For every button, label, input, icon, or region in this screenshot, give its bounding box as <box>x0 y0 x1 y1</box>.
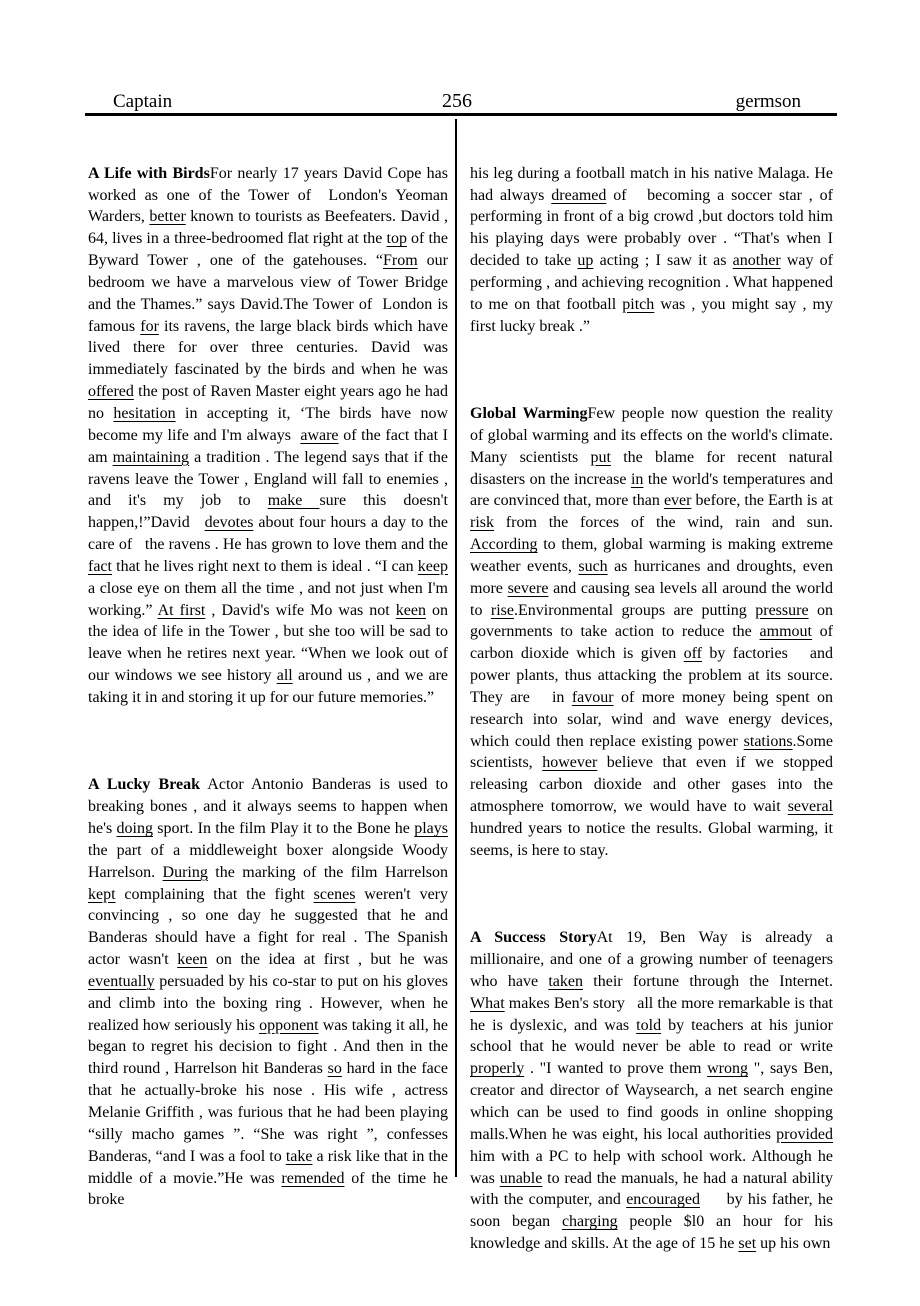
underlined-word: set <box>738 1235 756 1252</box>
underlined-word: scenes <box>314 886 356 903</box>
underlined-word: so <box>328 1060 342 1077</box>
underlined-word: wrong <box>707 1060 748 1077</box>
two-column-text: A Life with BirdsFor nearly 17 years Dav… <box>88 119 835 1299</box>
text-run: complaining that the fight <box>116 886 314 903</box>
text-run: . "I wanted to prove them <box>524 1060 707 1077</box>
underlined-word: take <box>286 1148 313 1165</box>
underlined-word: taken <box>548 973 583 990</box>
document-page: Captain 256 germson A Life with BirdsFor… <box>0 0 920 1306</box>
left-column: A Life with BirdsFor nearly 17 years Dav… <box>88 119 455 1299</box>
underlined-word: put <box>591 449 611 466</box>
passage-a-success-story: A Success StoryAt 19, Ben Way is already… <box>470 927 833 1255</box>
underlined-word: keen <box>177 951 207 968</box>
underlined-word: What <box>470 995 505 1012</box>
underlined-word: unable <box>500 1170 543 1187</box>
page-number: 256 <box>363 90 551 113</box>
underlined-word: make <box>268 492 320 509</box>
underlined-word: remended <box>281 1170 344 1187</box>
underlined-word: At first <box>158 602 206 619</box>
underlined-word: ever <box>664 492 692 509</box>
underlined-word: properly <box>470 1060 524 1077</box>
underlined-word: keep <box>418 558 448 575</box>
text-run: .Environmental groups are putting <box>514 602 755 619</box>
underlined-word: kept <box>88 886 116 903</box>
text-run: that he lives right next to them is idea… <box>112 558 418 575</box>
underlined-word: charging <box>562 1213 618 1230</box>
underlined-word: another <box>733 252 781 269</box>
underlined-word: several <box>788 798 833 815</box>
text-run: up his own <box>756 1235 830 1252</box>
underlined-word: hesitation <box>113 405 175 422</box>
underlined-word: ammout <box>760 623 812 640</box>
underlined-word: rise <box>491 602 514 619</box>
underlined-word: however <box>542 754 597 771</box>
header-rule <box>85 113 837 116</box>
underlined-word: doing <box>117 820 153 837</box>
underlined-word: all <box>277 667 293 684</box>
underlined-word: maintaining <box>113 449 189 466</box>
underlined-word: pitch <box>622 296 654 313</box>
text-run: before, the Earth is at <box>691 492 837 509</box>
underlined-word: opponent <box>259 1017 319 1034</box>
underlined-word: provided <box>776 1126 833 1143</box>
underlined-word: up <box>577 252 593 269</box>
passage-global-warming: Global WarmingFew people now question th… <box>470 403 833 862</box>
page-header: Captain 256 germson <box>85 90 837 113</box>
text-run: , David's wife Mo was not <box>205 602 395 619</box>
underlined-word: top <box>387 230 407 247</box>
passage-title: A Success Story <box>470 929 597 946</box>
underlined-word: told <box>636 1017 661 1034</box>
underlined-word: severe <box>508 580 549 597</box>
underlined-word: offered <box>88 383 134 400</box>
text-run: from the forces of the wind, rain and su… <box>494 514 836 531</box>
underlined-word: fact <box>88 558 112 575</box>
underlined-word: off <box>684 645 702 662</box>
underlined-word: According <box>470 536 538 553</box>
passage-title: A Lucky Break <box>88 776 200 793</box>
underlined-word: stations <box>744 733 793 750</box>
right-column: his leg during a football match in his n… <box>457 119 833 1299</box>
underlined-word: plays <box>414 820 448 837</box>
header-title-right: germson <box>551 91 837 113</box>
underlined-word: for <box>140 318 159 335</box>
underlined-word: such <box>578 558 607 575</box>
underlined-word: eventually <box>88 973 155 990</box>
underlined-word: dreamed <box>551 187 606 204</box>
underlined-word: in <box>631 471 643 488</box>
text-run: acting ; I saw it as <box>593 252 732 269</box>
header-title-left: Captain <box>85 91 363 113</box>
underlined-word: favour <box>572 689 614 706</box>
underlined-word: During <box>163 864 208 881</box>
text-run: their fortune through the Internet. <box>583 973 849 990</box>
underlined-word: keen <box>396 602 426 619</box>
underlined-word: pressure <box>755 602 808 619</box>
passage-title: A Life with Birds <box>88 165 210 182</box>
underlined-word: aware <box>300 427 338 444</box>
passage-title: Global Warming <box>470 405 587 422</box>
text-run: on the idea at first , but he was <box>207 951 452 968</box>
passage-a-life-with-birds: A Life with BirdsFor nearly 17 years Dav… <box>88 163 448 709</box>
underlined-word: From <box>383 252 418 269</box>
passage-lucky-break-continued: his leg during a football match in his n… <box>470 163 833 338</box>
underlined-word: encouraged <box>626 1191 700 1208</box>
underlined-word: devotes <box>205 514 254 531</box>
underlined-word: better <box>149 208 185 225</box>
text-run: sport. In the film Play it to the Bone h… <box>153 820 414 837</box>
text-run: the marking of the film Harrelson <box>208 864 452 881</box>
passage-a-lucky-break: A Lucky Break Actor Antonio Banderas is … <box>88 774 448 1211</box>
underlined-word: risk <box>470 514 494 531</box>
